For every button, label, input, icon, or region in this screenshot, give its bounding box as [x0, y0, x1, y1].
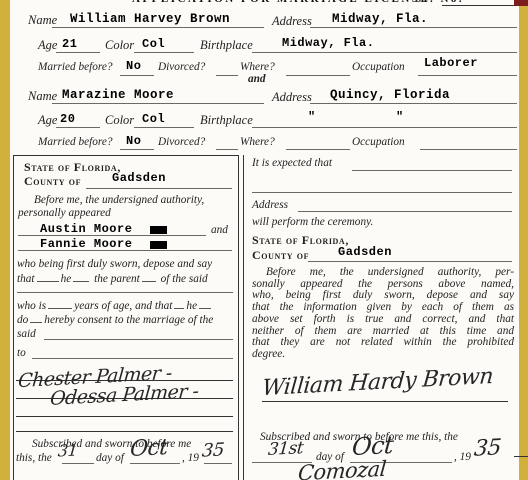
corner-red-mark — [514, 0, 528, 6]
groom-birthplace-label: Birthplace — [200, 38, 253, 53]
blank-line — [37, 272, 59, 282]
bride-name-label: Name — [28, 89, 57, 104]
expected-label: It is expected that — [252, 157, 332, 169]
bride-address-value: Quincy, Florida — [330, 88, 450, 102]
bride-color-value: Col — [142, 112, 165, 126]
groom-married-label: Married before? — [38, 61, 113, 73]
form-line — [216, 149, 238, 150]
page-title: APPLICATION FOR MARRIAGE LICENSE — [132, 0, 430, 5]
word-that: that — [17, 273, 35, 285]
phrase-who-is: who is — [17, 300, 46, 312]
form-line — [120, 149, 154, 150]
groom-name-label: Name — [28, 13, 57, 28]
jurat-left-day-hand: 31 — [57, 440, 78, 460]
groom-color-label: Color — [105, 38, 134, 53]
form-line — [310, 27, 517, 28]
consent-county-label: County of — [24, 174, 81, 189]
form-line — [120, 75, 154, 76]
bride-birthplace-label: Birthplace — [200, 113, 253, 128]
blank-line — [30, 313, 42, 323]
jurat-right-year-hand: 35 — [473, 435, 502, 462]
clerk-signature: Comozal — [297, 457, 387, 480]
perform-label: will perform the ceremony. — [252, 216, 373, 228]
redaction-box — [150, 226, 167, 234]
consent-intro-1: Before me, the undersigned authority, — [34, 194, 204, 206]
redaction-box — [150, 241, 167, 249]
form-line — [286, 75, 350, 76]
signature-line — [16, 431, 233, 432]
jurat-left-year-hand: 35 — [201, 439, 225, 461]
bride-married-value: No — [126, 134, 141, 148]
form-line — [18, 235, 206, 236]
frame-right — [519, 0, 528, 480]
parent1-name: Austin Moore — [40, 222, 132, 236]
groom-age-label: Age — [38, 38, 57, 53]
bride-where-label: Where? — [240, 136, 275, 148]
bride-color-label: Color — [105, 113, 134, 128]
groom-birthplace-value: Midway, Fla. — [282, 36, 374, 50]
affidavit-line: degree. — [252, 349, 514, 361]
groom-color-value: Col — [142, 37, 165, 51]
form-line — [44, 339, 233, 340]
blank-line — [73, 272, 89, 282]
parent2-name: Fannie Moore — [40, 237, 132, 251]
scan-artifact-dash — [514, 456, 528, 457]
groom-married-value: No — [126, 59, 141, 73]
groom-occupation-label: Occupation — [352, 61, 405, 73]
word-he: he — [186, 300, 197, 312]
signature-line — [262, 401, 508, 402]
consent-said-label: said — [17, 328, 36, 340]
blank-line — [199, 299, 211, 309]
signature-line — [16, 416, 233, 417]
bride-age-value: 20 — [60, 112, 75, 126]
form-line — [252, 127, 517, 128]
column-divider — [243, 155, 244, 480]
consent-intro-2: personally appeared — [18, 207, 111, 219]
form-line — [204, 463, 232, 464]
serial-line — [442, 5, 514, 6]
form-line — [420, 149, 517, 150]
ceremony-address-label: Address — [252, 199, 288, 211]
bride-name-value: Marazine Moore — [62, 88, 174, 102]
consent-county-value: Gadsden — [112, 171, 166, 185]
bride-occupation-label: Occupation — [352, 136, 405, 148]
groom-occupation-value: Laborer — [424, 56, 478, 70]
form-line — [62, 463, 94, 464]
form-line — [134, 127, 194, 128]
form-line — [56, 127, 100, 128]
form-line — [52, 103, 264, 104]
and-conjunction: and — [248, 73, 266, 85]
jurat-left-this-the: this, the — [16, 452, 52, 464]
jurat-left-year: , 19 — [182, 452, 199, 464]
applicant-signature: William Hardy Brown — [261, 364, 494, 401]
blank-line — [174, 299, 184, 309]
form-line — [308, 261, 512, 262]
form-line — [352, 170, 512, 171]
blank-line — [142, 272, 156, 282]
affidavit-county-label: County of — [252, 248, 309, 263]
form-line — [252, 192, 512, 193]
bride-divorced-label: Divorced? — [158, 136, 205, 148]
form-line — [298, 211, 512, 212]
blank-line — [48, 299, 72, 309]
form-line — [52, 27, 264, 28]
groom-divorced-label: Divorced? — [158, 61, 205, 73]
jurat-right-day-hand: 31st — [267, 438, 304, 460]
form-line — [286, 149, 350, 150]
bride-birthplace-ditto: " — [396, 110, 404, 124]
groom-address-value: Midway, Fla. — [332, 12, 428, 26]
jurat-left-month-hand: Oct — [129, 435, 169, 462]
consent-and: and — [211, 224, 228, 236]
phrase-years-of-age: years of age, and that — [74, 300, 172, 312]
consent-parent-line: thathe the parent of the said — [17, 272, 208, 285]
consent-to-label: to — [17, 347, 26, 359]
consent-state: State of Florida, — [24, 160, 121, 175]
groom-name-value: William Harvey Brown — [70, 12, 230, 26]
phrase-of-the-said: of the said — [161, 273, 208, 285]
consent-sworn-line: who being first duly sworn, depose and s… — [17, 258, 212, 270]
groom-where-label: Where? — [240, 61, 275, 73]
form-line — [32, 358, 233, 359]
jurat-right-year: , 19 — [454, 451, 471, 463]
form-line — [216, 75, 238, 76]
affidavit-line: that they are not related within the pro… — [252, 337, 514, 349]
marriage-license-application-scan: APPLICATION FOR MARRIAGE LICENSE Sr. No.… — [0, 0, 528, 480]
form-line — [130, 463, 180, 464]
consent-do-line: dohereby consent to the marriage of the — [17, 313, 213, 326]
word-he: he — [61, 273, 72, 285]
affidavit-state: State of Florida, — [252, 233, 349, 248]
groom-address-label: Address — [272, 14, 312, 29]
frame-left — [0, 0, 10, 480]
form-line — [18, 250, 232, 251]
jurat-left-day-of: day of — [96, 452, 124, 464]
bride-age-label: Age — [38, 113, 57, 128]
bride-married-label: Married before? — [38, 136, 113, 148]
phrase-the-parent: the parent — [94, 273, 140, 285]
groom-age-value: 21 — [62, 37, 77, 51]
affidavit-line: Before me, the undersigned authority, pe… — [252, 267, 514, 279]
consent-age-line: who isyears of age, and thathe — [17, 299, 213, 312]
affidavit-paragraph: Before me, the undersigned authority, pe… — [252, 267, 514, 361]
form-line — [134, 52, 194, 53]
affidavit-county-value: Gadsden — [338, 245, 392, 259]
bride-address-label: Address — [272, 90, 312, 105]
affidavit-line: above set forth is true and correct, and… — [252, 314, 514, 326]
form-line — [86, 188, 232, 189]
bride-birthplace-ditto: " — [308, 110, 316, 124]
form-line — [252, 52, 517, 53]
form-line — [56, 52, 100, 53]
word-do: do — [17, 314, 28, 326]
form-line — [310, 103, 517, 104]
form-line — [418, 75, 517, 76]
phrase-hereby-consent: hereby consent to the marriage of the — [44, 314, 213, 326]
form-line — [17, 292, 233, 293]
